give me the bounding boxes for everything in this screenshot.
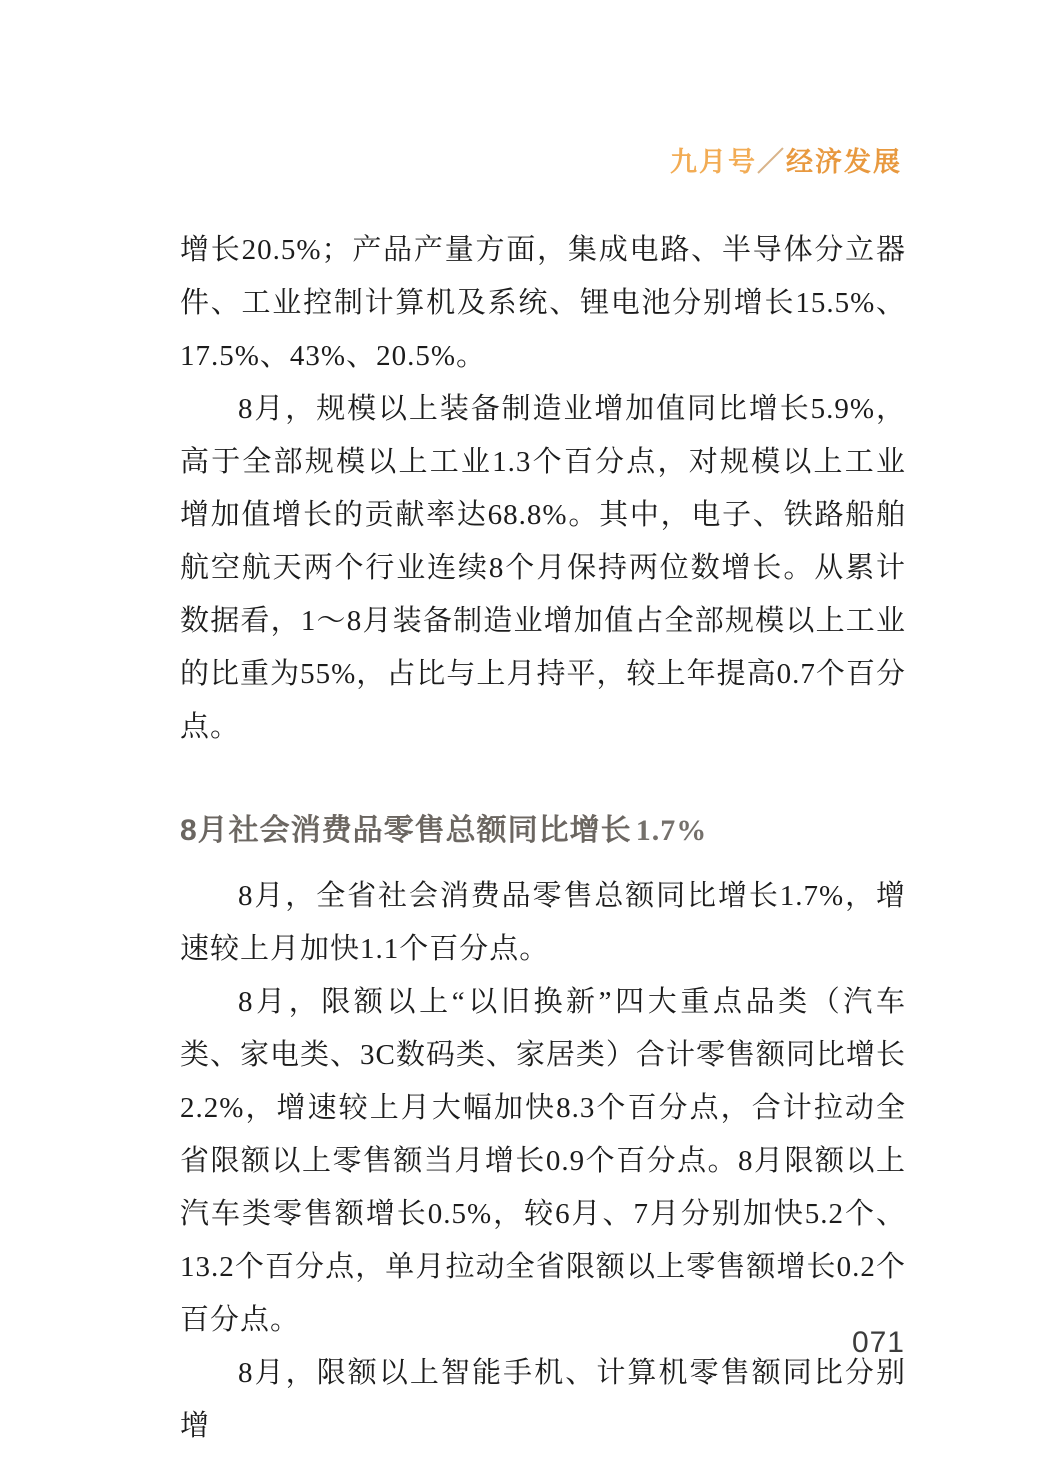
header-issue-label: 九月号: [670, 147, 757, 177]
section-heading-value: 1.7%: [632, 814, 708, 847]
page-footer: 071: [852, 1326, 905, 1360]
body-paragraph: 8月，全省社会消费品零售总额同比增长1.7%，增速较上月加快1.1个百分点。: [180, 870, 906, 976]
body-paragraph: 8月，限额以上“以旧换新”四大重点品类（汽车类、家电类、3C数码类、家居类）合计…: [180, 976, 906, 1347]
body-paragraph: 8月，规模以上装备制造业增加值同比增长5.9%，高于全部规模以上工业1.3个百分…: [180, 383, 906, 754]
page-header: 九月号／经济发展: [670, 140, 902, 179]
body-paragraph-last: 8月，限额以上智能手机、计算机零售额同比分别增: [180, 1347, 906, 1453]
article-body: 增长20.5%；产品产量方面，集成电路、半导体分立器件、工业控制计算机及系统、锂…: [180, 224, 906, 1453]
page-number: 071: [852, 1326, 905, 1359]
section-heading-text: 8月社会消费品零售总额同比增长: [180, 814, 632, 847]
body-paragraph-continuation: 增长20.5%；产品产量方面，集成电路、半导体分立器件、工业控制计算机及系统、锂…: [180, 224, 906, 383]
header-separator: ／: [757, 147, 786, 177]
document-page: 九月号／经济发展 增长20.5%；产品产量方面，集成电路、半导体分立器件、工业控…: [0, 0, 1056, 1465]
section-heading: 8月社会消费品零售总额同比增长1.7%: [180, 804, 906, 857]
header-section-label: 经济发展: [786, 147, 902, 177]
